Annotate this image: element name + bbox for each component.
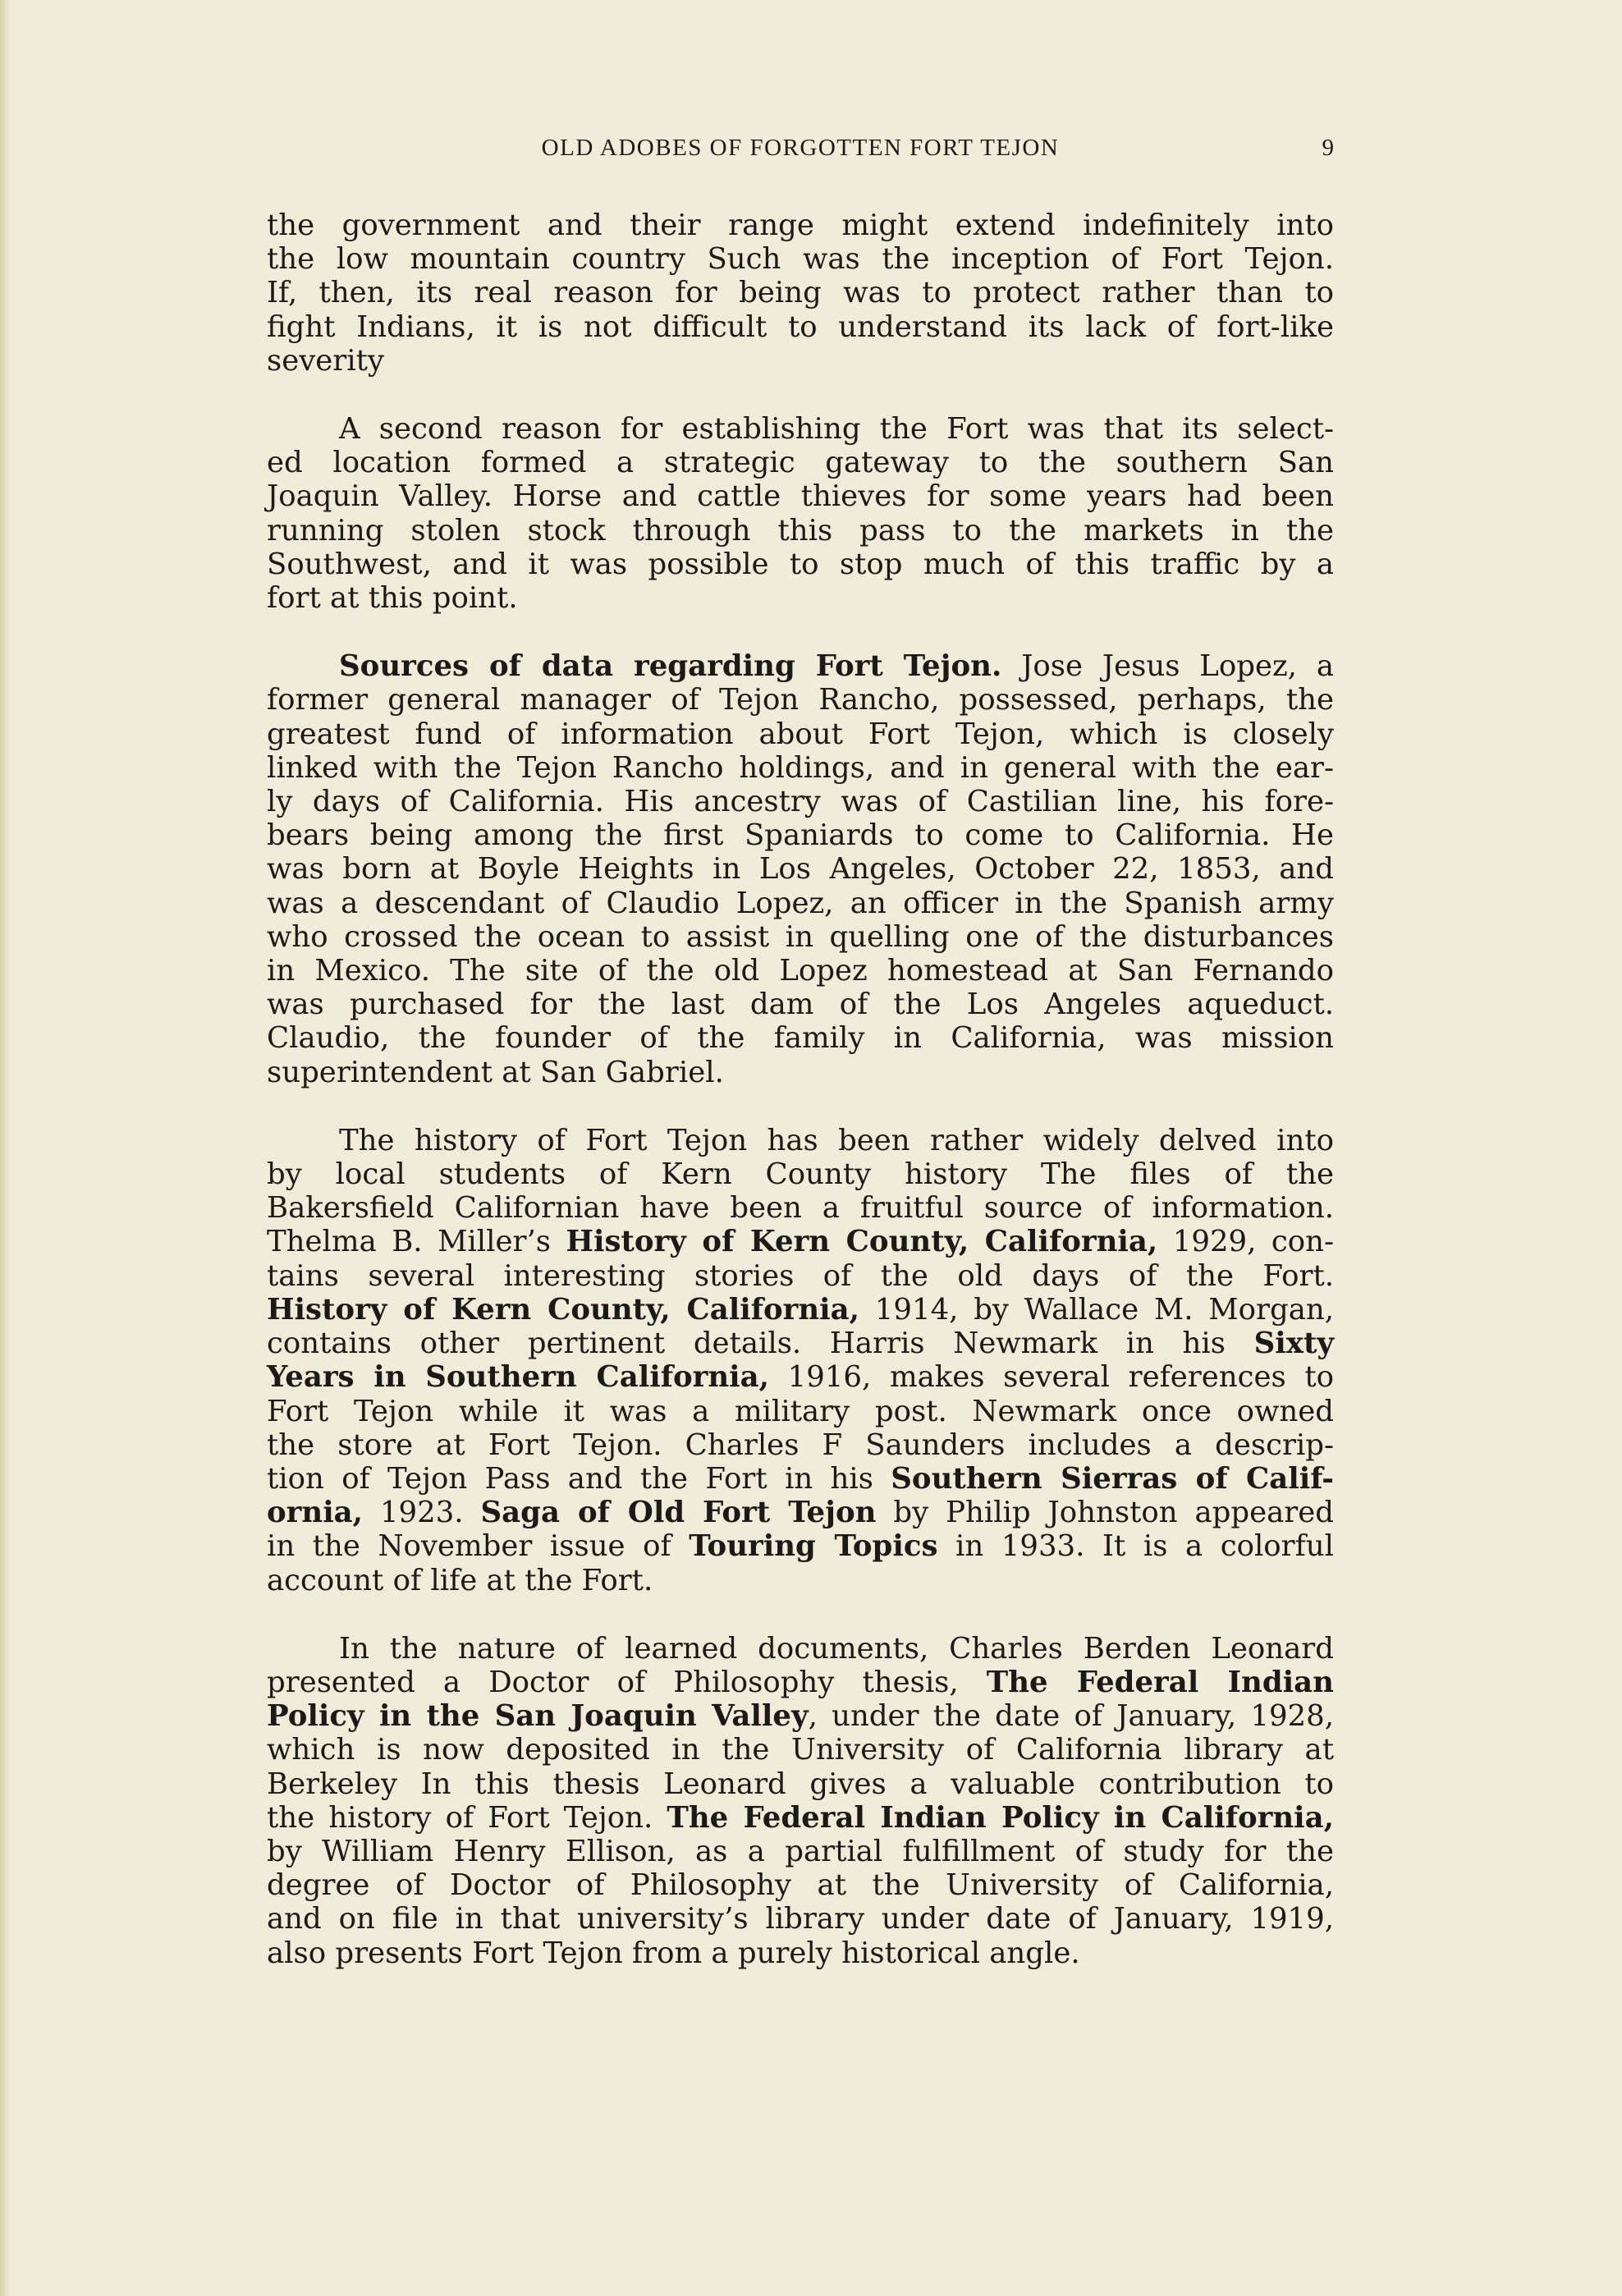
text-line: in the November issue of Touring Topics … bbox=[267, 1529, 1334, 1563]
text-line: in Mexico. The site of the old Lopez hom… bbox=[267, 954, 1334, 988]
text-line: also presents Fort Tejon from a purely h… bbox=[267, 1936, 1334, 1970]
text-line: fort at this point. bbox=[267, 581, 1334, 615]
text-run: tion of Tejon Pass and the Fort in his bbox=[267, 1462, 891, 1496]
text-run: degree of Doctor of Philosophy at the Un… bbox=[267, 1868, 1334, 1902]
text-line: presented a Doctor of Philosophy thesis,… bbox=[267, 1666, 1334, 1699]
text-line: ed location formed a strategic gateway t… bbox=[267, 446, 1334, 479]
text-line: account of life at the Fort. bbox=[267, 1564, 1334, 1597]
book-title: The Federal Indian bbox=[987, 1666, 1334, 1699]
text-line: ly days of California. His ancestry was … bbox=[267, 785, 1334, 818]
section-heading: Sources of data regarding Fort Tejon. bbox=[339, 649, 1001, 683]
text-line: degree of Doctor of Philosophy at the Un… bbox=[267, 1868, 1334, 1902]
text-line: bears being among the first Spaniards to… bbox=[267, 818, 1334, 852]
text-line: ornia, 1923. Saga of Old Fort Tejon by P… bbox=[267, 1496, 1334, 1529]
text-line: was a descendant of Claudio Lopez, an of… bbox=[267, 887, 1334, 920]
text-run: by Philip Johnston appeared bbox=[876, 1496, 1334, 1529]
text-run: in the November issue of bbox=[267, 1529, 689, 1563]
text-line: superintendent at San Gabriel. bbox=[267, 1056, 1334, 1089]
text-line: The history of Fort Tejon has been rathe… bbox=[267, 1124, 1334, 1157]
body-text: the government and their range might ext… bbox=[267, 209, 1334, 1970]
book-title: ornia, bbox=[267, 1496, 363, 1529]
text-line: Bakersfield Californian have been a frui… bbox=[267, 1191, 1334, 1225]
paragraph-history-sources: The history of Fort Tejon has been rathe… bbox=[267, 1124, 1334, 1597]
text-run: 1929, con- bbox=[1157, 1225, 1334, 1258]
text-run: 1923. bbox=[363, 1496, 480, 1529]
text-line: was born at Boyle Heights in Los Angeles… bbox=[267, 852, 1334, 886]
text-run: Berkeley In this thesis Leonard gives a … bbox=[267, 1767, 1334, 1801]
book-title: Policy in the San Joaquin Valley bbox=[267, 1699, 809, 1733]
text-line: fight Indians, it is not difficult to un… bbox=[267, 310, 1334, 344]
book-title: Sixty bbox=[1254, 1327, 1334, 1360]
text-line: the history of Fort Tejon. The Federal I… bbox=[267, 1801, 1334, 1835]
text-run: in 1933. It is a colorful bbox=[937, 1529, 1334, 1563]
text-run: Thelma B. Miller’s bbox=[267, 1225, 566, 1258]
text-run: account of life at the Fort. bbox=[267, 1564, 653, 1597]
text-run: Jose Jesus Lopez, a bbox=[1001, 649, 1334, 683]
page-number: 9 bbox=[1322, 135, 1335, 162]
text-line: the low mountain country Such was the in… bbox=[267, 242, 1334, 276]
text-line: tains several interesting stories of the… bbox=[267, 1259, 1334, 1293]
text-line: Years in Southern California, 1916, make… bbox=[267, 1360, 1334, 1394]
text-line: tion of Tejon Pass and the Fort in his S… bbox=[267, 1462, 1334, 1496]
running-title: OLD ADOBES OF FORGOTTEN FORT TEJON bbox=[267, 135, 1334, 162]
text-run: also presents Fort Tejon from a purely h… bbox=[267, 1936, 1080, 1970]
text-line: A second reason for establishing the For… bbox=[267, 412, 1334, 446]
text-line: Joaquin Valley. Horse and cattle thieves… bbox=[267, 479, 1334, 513]
paragraph-fort-inception: the government and their range might ext… bbox=[267, 209, 1334, 378]
text-line: and on file in that university’s library… bbox=[267, 1902, 1334, 1936]
text-line: Berkeley In this thesis Leonard gives a … bbox=[267, 1767, 1334, 1801]
paragraph-sources-of-data: Sources of data regarding Fort Tejon. Jo… bbox=[267, 649, 1334, 1089]
text-run: Bakersfield Californian have been a frui… bbox=[267, 1191, 1334, 1225]
book-title: Touring Topics bbox=[689, 1529, 937, 1563]
text-run: which is now deposited in the University… bbox=[267, 1733, 1334, 1767]
text-line: Claudio, the founder of the family in Ca… bbox=[267, 1021, 1334, 1055]
text-line: Fort Tejon while it was a military post.… bbox=[267, 1395, 1334, 1428]
text-line: former general manager of Tejon Rancho, … bbox=[267, 683, 1334, 717]
text-line: Thelma B. Miller’s History of Kern Count… bbox=[267, 1225, 1334, 1258]
text-line: Sources of data regarding Fort Tejon. Jo… bbox=[267, 649, 1334, 683]
paragraph-learned-documents: In the nature of learned documents, Char… bbox=[267, 1632, 1334, 1970]
book-title: Southern Sierras of Calif- bbox=[891, 1462, 1334, 1496]
text-run: tains several interesting stories of the… bbox=[267, 1259, 1334, 1293]
text-run: 1916, makes several references to bbox=[769, 1360, 1334, 1394]
text-line: by local students of Kern County history… bbox=[267, 1157, 1334, 1191]
text-line: Southwest, and it was possible to stop m… bbox=[267, 548, 1334, 581]
text-run: Fort Tejon while it was a military post.… bbox=[267, 1395, 1334, 1428]
text-line: the government and their range might ext… bbox=[267, 209, 1334, 242]
text-line: greatest fund of information about Fort … bbox=[267, 717, 1334, 751]
book-title: History of Kern County, California, bbox=[267, 1293, 859, 1327]
text-line: Policy in the San Joaquin Valley, under … bbox=[267, 1699, 1334, 1733]
page-binding-edge bbox=[0, 0, 10, 2296]
text-line: running stolen stock through this pass t… bbox=[267, 514, 1334, 548]
text-line: linked with the Tejon Rancho holdings, a… bbox=[267, 751, 1334, 785]
text-run: presented a Doctor of Philosophy thesis, bbox=[267, 1666, 987, 1699]
paragraph-second-reason: A second reason for establishing the For… bbox=[267, 412, 1334, 615]
text-run: , under the date of January, 1928, bbox=[809, 1699, 1334, 1733]
text-run: by William Henry Ellison, as a partial f… bbox=[267, 1835, 1334, 1868]
book-title: History of Kern County, California, bbox=[566, 1225, 1157, 1258]
text-line: who crossed the ocean to assist in quell… bbox=[267, 920, 1334, 954]
running-head: OLD ADOBES OF FORGOTTEN FORT TEJON 9 bbox=[267, 135, 1334, 171]
text-line: contains other pertinent details. Harris… bbox=[267, 1327, 1334, 1360]
text-run: In the nature of learned documents, Char… bbox=[339, 1632, 1334, 1666]
book-title: Years in Southern California, bbox=[267, 1360, 769, 1394]
book-title: The Federal Indian Policy in California, bbox=[667, 1801, 1334, 1835]
text-run: the store at Fort Tejon. Charles F Saund… bbox=[267, 1428, 1334, 1462]
text-run: the history of Fort Tejon. bbox=[267, 1801, 667, 1835]
text-line: was purchased for the last dam of the Lo… bbox=[267, 988, 1334, 1021]
text-line: History of Kern County, California, 1914… bbox=[267, 1293, 1334, 1327]
text-line: If, then, its real reason for being was … bbox=[267, 276, 1334, 309]
text-run: The history of Fort Tejon has been rathe… bbox=[339, 1124, 1334, 1157]
text-run: and on file in that university’s library… bbox=[267, 1902, 1334, 1936]
text-run: contains other pertinent details. Harris… bbox=[267, 1327, 1254, 1360]
text-line: In the nature of learned documents, Char… bbox=[267, 1632, 1334, 1666]
text-line: the store at Fort Tejon. Charles F Saund… bbox=[267, 1428, 1334, 1462]
text-run: by local students of Kern County history… bbox=[267, 1157, 1334, 1191]
book-title: Saga of Old Fort Tejon bbox=[481, 1496, 877, 1529]
text-line: severity bbox=[267, 344, 1334, 378]
text-line: by William Henry Ellison, as a partial f… bbox=[267, 1835, 1334, 1868]
text-run: 1914, by Wallace M. Morgan, bbox=[859, 1293, 1334, 1327]
text-line: which is now deposited in the University… bbox=[267, 1733, 1334, 1767]
